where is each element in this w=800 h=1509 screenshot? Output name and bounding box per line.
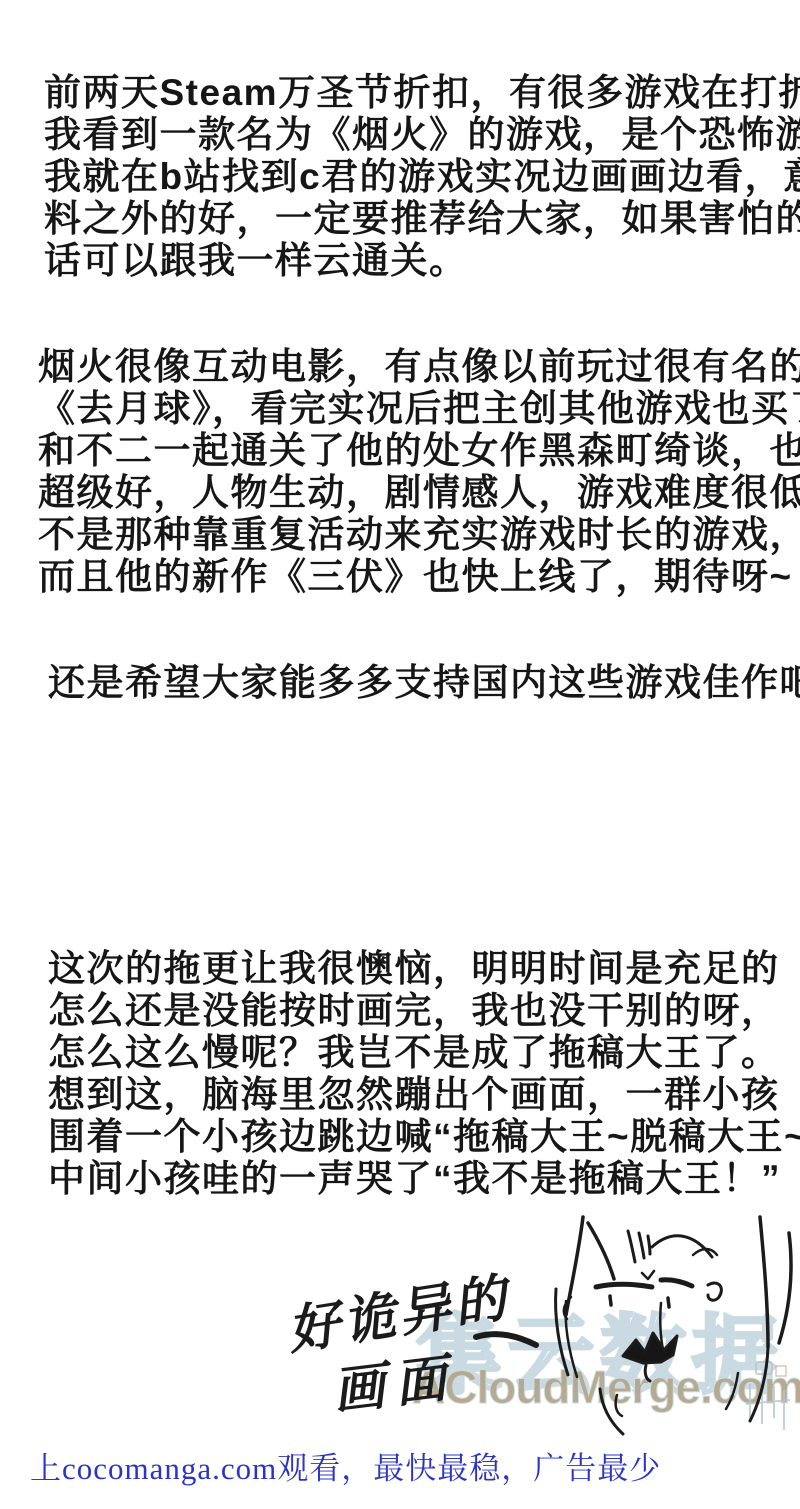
text-line: 料之外的好，一定要推荐给大家，如果害怕的 [44, 198, 800, 240]
paragraph-late-update-apology: 这次的拖更让我很懊恼，明明时间是充足的 怎么还是没能按时画完，我也没干别的呀， … [48, 948, 800, 1200]
text-line: 烟火很像互动电影，有点像以前玩过很有名的 [38, 346, 800, 388]
text-line: 我就在b站找到c君的游戏实况边画画边看，意 [44, 156, 800, 198]
text-line: 怎么这么慢呢？我岂不是成了拖稿大王了。 [48, 1032, 800, 1074]
text-line: 前两天Steam万圣节折扣，有很多游戏在打折， [44, 72, 800, 114]
text-line: 话可以跟我一样云通关。 [44, 240, 800, 282]
annoyed-girl-face-doodle [440, 1205, 800, 1445]
text-line: 不是那种靠重复活动来充实游戏时长的游戏， [38, 514, 800, 556]
text-line: 还是希望大家能多多支持国内这些游戏佳作吧~ [48, 662, 800, 704]
text-line: 中间小孩哇的一声哭了“我不是拖稿大王！” [48, 1158, 800, 1200]
brush-dash [476, 1334, 536, 1345]
text-line: 而且他的新作《三伏》也快上线了，期待呀~ [38, 556, 800, 598]
paragraph-steam-recommendation: 前两天Steam万圣节折扣，有很多游戏在打折， 我看到一款名为《烟火》的游戏，是… [44, 72, 800, 282]
text-line: 这次的拖更让我很懊恼，明明时间是充足的 [48, 948, 800, 990]
text-line: 和不二一起通关了他的处女作黑森町绮谈，也 [38, 430, 800, 472]
text-line: 《去月球》，看完实况后把主创其他游戏也买了， [38, 388, 800, 430]
paragraph-support-domestic-games: 还是希望大家能多多支持国内这些游戏佳作吧~ [48, 662, 800, 704]
text-line: 想到这，脑海里忽然蹦出个画面，一群小孩 [48, 1074, 800, 1116]
footer-site-promo: 上cocomanga.com观看，最快最稳，广告最少 [30, 1443, 661, 1488]
manga-author-note-page: 前两天Steam万圣节折扣，有很多游戏在打折， 我看到一款名为《烟火》的游戏，是… [0, 0, 800, 1509]
text-line: 怎么还是没能按时画完，我也没干别的呀， [48, 990, 800, 1032]
text-line: 超级好，人物生动，剧情感人，游戏难度很低， [38, 472, 800, 514]
text-line: 围着一个小孩边跳边喊“拖稿大王~脱稿大王~” [48, 1116, 800, 1158]
text-line: 我看到一款名为《烟火》的游戏，是个恐怖游戏， [44, 114, 800, 156]
paragraph-interactive-movie: 烟火很像互动电影，有点像以前玩过很有名的 《去月球》，看完实况后把主创其他游戏也… [38, 346, 800, 598]
